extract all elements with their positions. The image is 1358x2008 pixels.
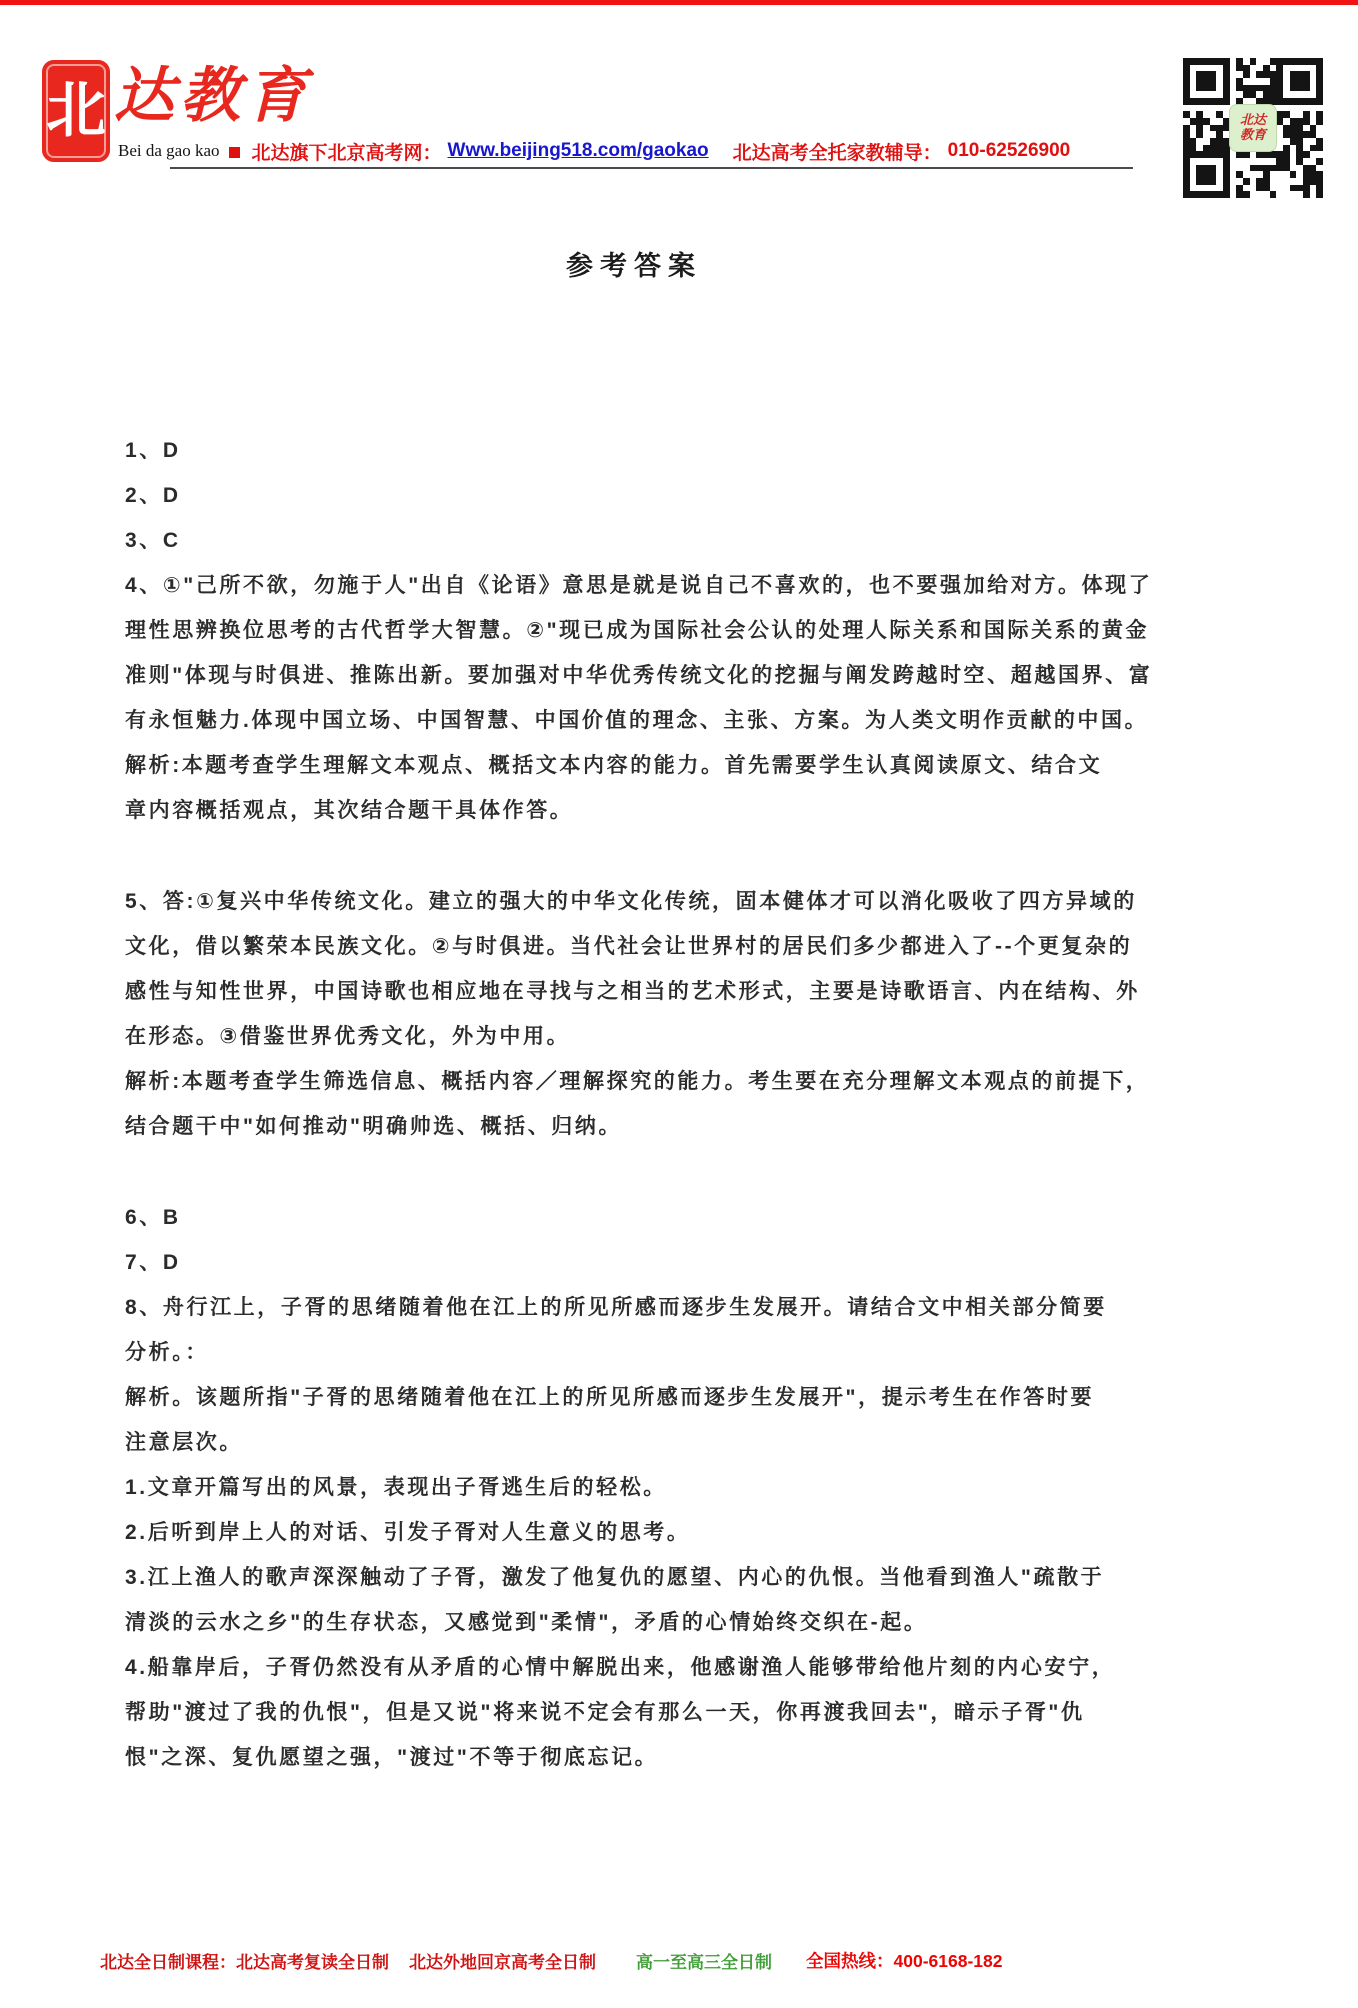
qr-center-badge: 北达 教育 xyxy=(1229,104,1277,152)
text-line: 解析:本题考查学生理解文本观点、概括文本内容的能力。首先需要学生认真阅读原文、结… xyxy=(125,743,1255,788)
logo-brand-text: 达教育 xyxy=(114,66,312,126)
text-line: 解析:本题考查学生筛选信息、概括内容／理解探究的能力。考生要在充分理解文本观点的… xyxy=(125,1059,1255,1104)
text-line: 3.江上渔人的歌声深深触动了子胥，激发了他复仇的愿望、内心的仇恨。当他看到渔人"… xyxy=(125,1555,1255,1600)
text-line: 2.后听到岸上人的对话、引发子胥对人生意义的思考。 xyxy=(125,1510,1255,1555)
text-line: 1.文章开篇写出的风景，表现出子胥逃生后的轻松。 xyxy=(125,1465,1255,1510)
text-line: 恨"之深、复仇愿望之强，"渡过"不等于彻底忘记。 xyxy=(125,1735,1255,1780)
footer-grades-label: 高一至高三全日制 xyxy=(636,1948,772,1973)
text-line: 5、答:①复兴中华传统文化。建立的强大的中华文化传统，固本健体才可以消化吸收了四… xyxy=(125,879,1255,924)
text-line: 文化，借以繁荣本民族文化。②与时俱进。当代社会让世界村的居民们多少都进入了--个… xyxy=(125,924,1255,969)
text-line: 4、①"己所不欲，勿施于人"出自《论语》意思是就是说自己不喜欢的，也不要强加给对… xyxy=(125,563,1255,608)
page-title: 参考答案 xyxy=(0,244,1313,283)
logo-pinyin: Bei da gao kao xyxy=(118,141,220,161)
header-separator xyxy=(170,167,1133,169)
site-link[interactable]: Www.beijing518.com/gaokao xyxy=(448,140,709,162)
footer-hotline: 全国热线：400-6168-182 xyxy=(806,1948,1002,1973)
text-line: 准则"体现与时俱进、推陈出新。要加强对中华优秀传统文化的挖掘与阐发跨越时空、超越… xyxy=(125,653,1255,698)
text-line: 章内容概括观点，其次结合题干具体作答。 xyxy=(125,788,1255,833)
tutor-phone: 010-62526900 xyxy=(948,140,1071,162)
footer: 北达全日制课程：北达高考复读全日制 北达外地回京高考全日制 高一至高三全日制 全… xyxy=(100,1948,1320,1973)
qr-code-icon: 北达 教育 xyxy=(1183,58,1323,198)
text-line: 7、D xyxy=(125,1240,1255,1285)
text-line: 有永恒魅力.体现中国立场、中国智慧、中国价值的理念、主张、方案。为人类文明作贡献… xyxy=(125,698,1255,743)
text-line: 在形态。③借鉴世界优秀文化，外为中用。 xyxy=(125,1014,1255,1059)
text-line: 1、D xyxy=(125,428,1255,473)
top-red-bar xyxy=(0,0,1358,5)
answers-body: 1、D2、D3、C4、①"己所不欲，勿施于人"出自《论语》意思是就是说自己不喜欢… xyxy=(125,428,1255,1780)
text-line: 分析。： xyxy=(125,1330,1255,1375)
qr-badge-text-top: 北达 xyxy=(1240,113,1266,128)
text-line: 帮助"渡过了我的仇恨"，但是又说"将来说不定会有那么一天，你再渡我回去"，暗示子… xyxy=(125,1690,1255,1735)
logo-seal-char: 北 xyxy=(46,81,106,141)
logo-seal: 北 xyxy=(42,60,110,162)
site-label: 北达旗下北京高考网： xyxy=(252,138,442,165)
red-square-icon xyxy=(229,147,240,158)
text-line: 结合题干中"如何推动"明确帅选、概括、归纳。 xyxy=(125,1104,1255,1149)
text-line: 2、D xyxy=(125,473,1255,518)
text-line: 解析。该题所指"子胥的思绪随着他在江上的所见所感而逐步生发展开"，提示考生在作答… xyxy=(125,1375,1255,1420)
text-line: 理性思辨换位思考的古代哲学大智慧。②"现已成为国际社会公认的处理人际关系和国际关… xyxy=(125,608,1255,653)
header-info-line: Bei da gao kao 北达旗下北京高考网： Www.beijing518… xyxy=(118,136,1070,166)
text-line: 3、C xyxy=(125,518,1255,563)
text-line: 注意层次。 xyxy=(125,1420,1255,1465)
text-line: 感性与知性世界，中国诗歌也相应地在寻找与之相当的艺术形式，主要是诗歌语言、内在结… xyxy=(125,969,1255,1014)
document-page: 北 达教育 Bei da gao kao 北达旗下北京高考网： Www.beij… xyxy=(0,0,1358,2008)
text-line: 清淡的云水之乡"的生存状态，又感觉到"柔情"，矛盾的心情始终交织在-起。 xyxy=(125,1600,1255,1645)
text-line: 6、B xyxy=(125,1195,1255,1240)
tutor-label: 北达高考全托家教辅导： xyxy=(733,138,942,165)
text-line: 8、舟行江上，子胥的思绪随着他在江上的所见所感而逐步生发展开。请结合文中相关部分… xyxy=(125,1285,1255,1330)
footer-courses-label: 北达全日制课程：北达高考复读全日制 xyxy=(100,1948,389,1973)
qr-badge-text-bottom: 教育 xyxy=(1240,128,1266,143)
footer-fulltime-label: 北达外地回京高考全日制 xyxy=(409,1948,596,1973)
text-line: 4.船靠岸后，子胥仍然没有从矛盾的心情中解脱出来，他感谢渔人能够带给他片刻的内心… xyxy=(125,1645,1255,1690)
